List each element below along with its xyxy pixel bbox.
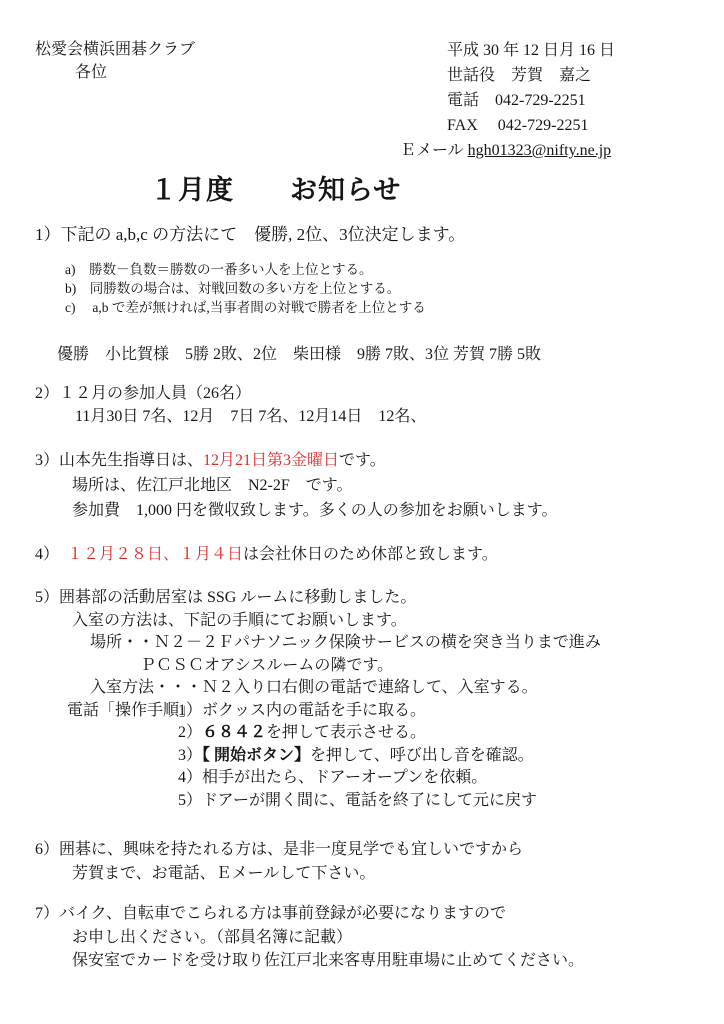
step2-code: ６８４２ (202, 724, 266, 741)
email-link[interactable]: hgh01323@nifty.ne.jp (468, 142, 611, 159)
step3-prefix: 3） (178, 747, 202, 764)
phone-step-3: 3）【 開始ボタン】を押して、呼び出し音を確認。 (35, 745, 689, 768)
phone-step-2: 2）６８４２を押して表示させる。 (35, 722, 689, 745)
entry-method-line: 入室方法・・・Ｎ２入り口右側の電話で連絡して、入室する。 (35, 677, 689, 700)
contact-block: 平成 30 年 12 日月 16 日 世話役 芳賀 嘉之 電話 042-729-… (400, 38, 615, 163)
holiday-notice-line: 4） １２月２８日、１月４日は会社休日のため休部と致します。 (35, 543, 689, 566)
criteria-item-c: c) a,b で差が無ければ,当事者間の対戦で勝者を上位とする (65, 298, 689, 317)
email-line: Ｅメール hgh01323@nifty.ne.jp (400, 138, 615, 163)
section-7-line3: 保安室でカードを受け取り佐江戸北来客専用駐車場に止めてください。 (35, 949, 689, 973)
tournament-results: 優勝 小比賀様 5勝 2敗、2位 柴田様 9勝 7敗、3位 芳賀 7勝 5敗 (35, 343, 689, 366)
phone-procedure-label: 電話「操作手順」 (67, 700, 178, 723)
org-name: 松愛会横浜囲碁クラブ (35, 38, 195, 61)
lesson-place-line: 場所は、佐江戸北地区 N2-2F です。 (35, 473, 689, 498)
s3-head-suffix: です。 (339, 452, 386, 469)
section-6-line2: 芳賀まで、お電話、Ｅメールして下さい。 (35, 862, 689, 886)
s4-holiday-dates-highlight: １２月２８日、１月４日 (67, 546, 243, 563)
step2-suffix: を押して表示させる。 (266, 724, 426, 741)
notice-document: 松愛会横浜囲碁クラブ 各位 平成 30 年 12 日月 16 日 世話役 芳賀 … (0, 0, 724, 1024)
s4-prefix: 4） (35, 546, 67, 563)
criteria-item-a: a) 勝数－負数＝勝数の一番多い人を上位とする。 (65, 260, 689, 279)
section-2-heading: 2）１２月の参加人員（26名） (35, 382, 689, 405)
section-7: 7）バイク、自転車でこられる方は事前登録が必要になりますので お申し出ください。… (35, 902, 689, 973)
room-location-line2: ＰＣＳＣオアシスルームの隣です。 (35, 655, 689, 678)
phone-step-1: 1）ボクッス内の電話を手に取る。 (178, 702, 426, 719)
doc-date: 平成 30 年 12 日月 16 日 (400, 38, 615, 63)
phone-line: 電話 042-729-2251 (400, 88, 615, 113)
step2-prefix: 2） (178, 724, 202, 741)
section-4: 4） １２月２８日、１月４日は会社休日のため休部と致します。 (35, 543, 689, 566)
room-location-line: 場所・・Ｎ２－２Ｆパナソニック保険サービスの横を突き当りまで進み (35, 632, 689, 655)
page-title: １月度 お知らせ (150, 168, 689, 207)
section-5-heading: 5）囲碁部の活動居室は SSG ルームに移動しました。 (35, 587, 689, 610)
s3-head-prefix: 3）山本先生指導日は、 (35, 452, 203, 469)
fax-line: FAX 042-729-2251 (400, 113, 615, 138)
ranking-criteria-list: a) 勝数－負数＝勝数の一番多い人を上位とする。 b) 同勝数の場合は、対戦回数… (35, 260, 689, 317)
section-1-heading: 1）下記の a,b,c の方法にて 優勝, 2位、3位決定します。 (35, 223, 689, 246)
section-3-heading: 3）山本先生指導日は、12月21日第3金曜日です。 (35, 448, 689, 473)
section-7-line2: お申し出ください。（部員名簿に記載） (35, 926, 689, 950)
email-label: Ｅメール (400, 142, 468, 159)
section-7-line1: 7）バイク、自転車でこられる方は事前登録が必要になりますので (35, 902, 689, 926)
section-6: 6）囲碁に、興味を持たれる方は、是非一度見学でも宜しいですから 芳賀まで、お電話… (35, 838, 689, 885)
attendance-detail: 11月30日 7名、12月 7日 7名、12月14日 12名、 (35, 405, 689, 428)
s4-suffix: は会社休日のため休部と致します。 (243, 546, 498, 563)
s3-lesson-date-highlight: 12月21日第3金曜日 (203, 452, 339, 469)
section-3: 3）山本先生指導日は、12月21日第3金曜日です。 場所は、佐江戸北地区 N2-… (35, 448, 689, 523)
phone-step-5: 5）ドアーが開く間に、電話を終了にして元に戻す (35, 790, 689, 813)
step3-start-button-label: 【 開始ボタン】 (202, 747, 310, 764)
entry-method-intro: 入室の方法は、下記の手順にてお願いします。 (35, 610, 689, 633)
sender-block: 松愛会横浜囲碁クラブ 各位 (35, 38, 195, 163)
section-5: 5）囲碁部の活動居室は SSG ルームに移動しました。 入室の方法は、下記の手順… (35, 587, 689, 812)
phone-step-4: 4）相手が出たら、ドアーオープンを依頼。 (35, 767, 689, 790)
letterhead: 松愛会横浜囲碁クラブ 各位 平成 30 年 12 日月 16 日 世話役 芳賀 … (35, 38, 689, 163)
criteria-item-b: b) 同勝数の場合は、対戦回数の多い方を上位とする。 (65, 279, 689, 298)
section-1: 1）下記の a,b,c の方法にて 優勝, 2位、3位決定します。 a) 勝数－… (35, 223, 689, 366)
lesson-fee-line: 参加費 1,000 円を徴収致します。多くの人の参加をお願いします。 (35, 498, 689, 523)
steward-line: 世話役 芳賀 嘉之 (400, 63, 615, 88)
section-6-line1: 6）囲碁に、興味を持たれる方は、是非一度見学でも宜しいですから (35, 838, 689, 862)
phone-procedure-line1: 電話「操作手順」1）ボクッス内の電話を手に取る。 (35, 700, 689, 723)
step3-suffix: を押して、呼び出し音を確認。 (310, 747, 534, 764)
section-2: 2）１２月の参加人員（26名） 11月30日 7名、12月 7日 7名、12月1… (35, 382, 689, 428)
salutation: 各位 (35, 61, 195, 84)
